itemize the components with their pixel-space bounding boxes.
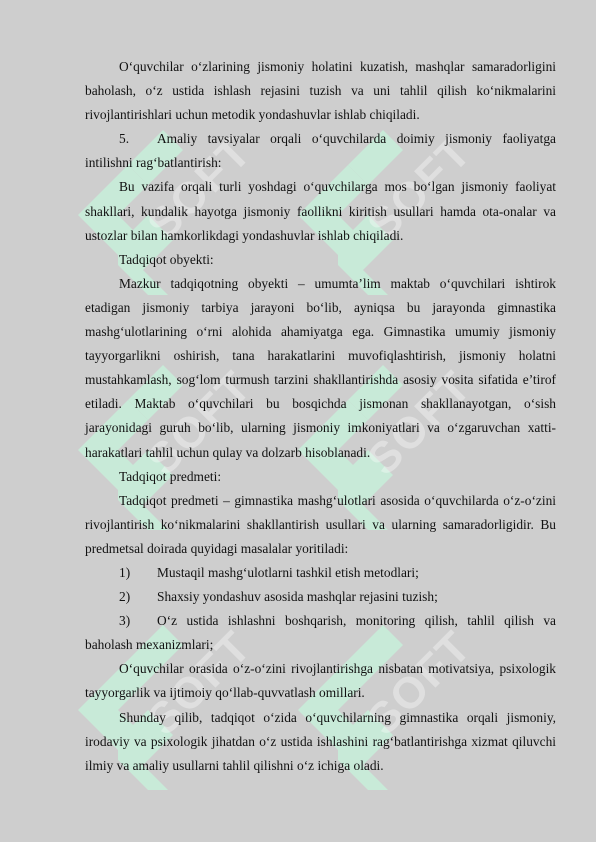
paragraph: Mazkur tadqiqotning obyekti – umumta’lim… — [85, 272, 556, 465]
section-heading-object: Tadqiqot obyekti: — [85, 248, 556, 272]
item-number: 5. — [119, 127, 157, 151]
paragraph: O‘quvchilar orasida o‘z-o‘zini rivojlant… — [85, 657, 556, 705]
paragraph: Shunday qilib, tadqiqot o‘zida o‘quvchil… — [85, 706, 556, 778]
item-text: Shaxsiy yondashuv asosida mashqlar rejas… — [157, 589, 438, 604]
item-text: Mustaqil mashg‘ulotlarni tashkil etish m… — [157, 565, 419, 580]
item-number: 3) — [119, 609, 157, 633]
paragraph: O‘quvchilar o‘zlarining jismoniy holatin… — [85, 55, 556, 127]
item-number: 1) — [119, 561, 157, 585]
numbered-item-3: 3)O‘z ustida ishlashni boshqarish, monit… — [85, 609, 556, 657]
paragraph: Tadqiqot predmeti – gimnastika mashg‘ulo… — [85, 489, 556, 561]
numbered-item-5: 5.Amaliy tavsiyalar orqali o‘quvchilarda… — [85, 127, 556, 175]
document-body: O‘quvchilar o‘zlarining jismoniy holatin… — [85, 55, 556, 778]
numbered-item-2: 2)Shaxsiy yondashuv asosida mashqlar rej… — [85, 585, 556, 609]
item-number: 2) — [119, 585, 157, 609]
section-heading-subject: Tadqiqot predmeti: — [85, 465, 556, 489]
paragraph: Bu vazifa orqali turli yoshdagi o‘quvchi… — [85, 175, 556, 247]
numbered-item-1: 1)Mustaqil mashg‘ulotlarni tashkil etish… — [85, 561, 556, 585]
